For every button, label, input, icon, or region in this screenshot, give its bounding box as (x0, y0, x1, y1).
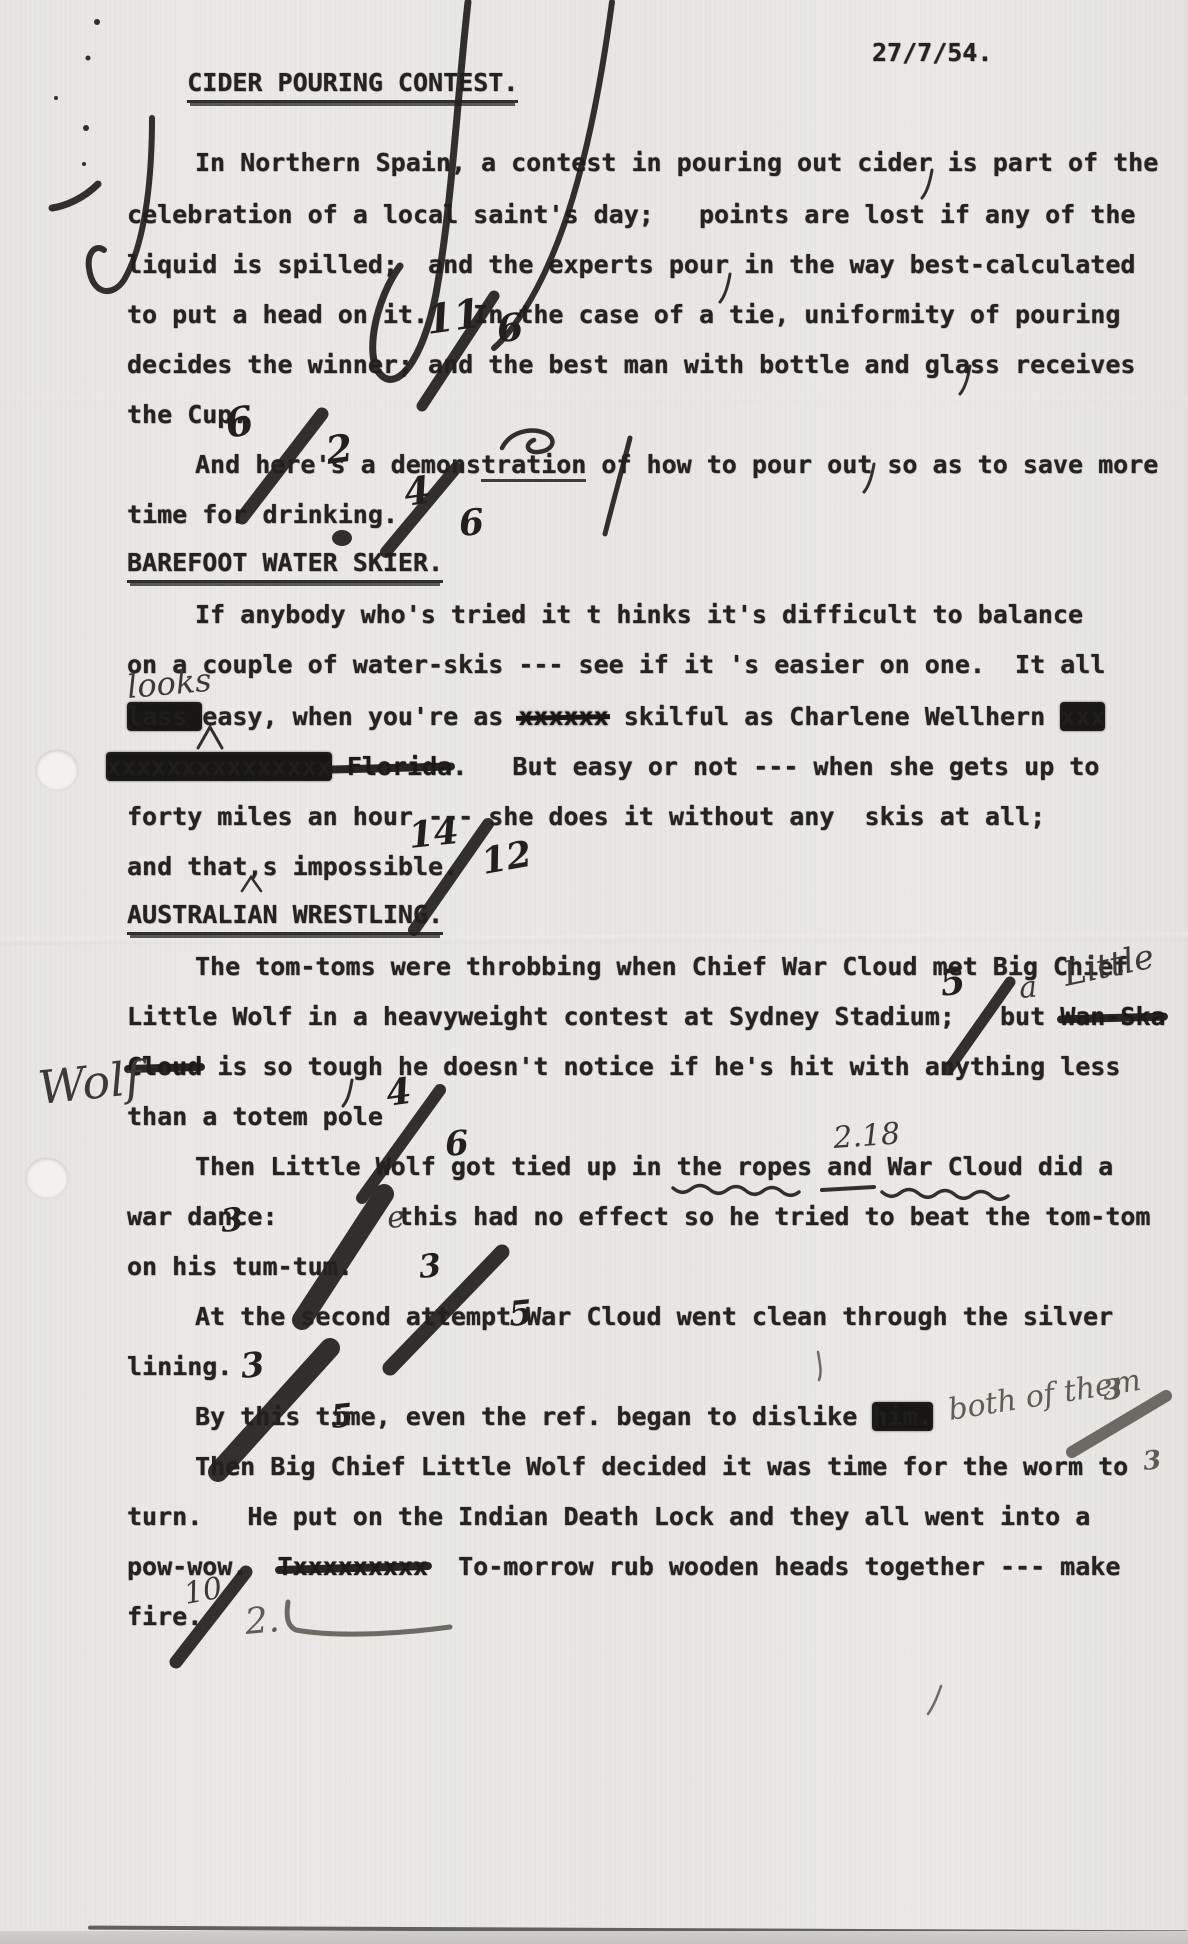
pencil-slash-dislike (1072, 1396, 1166, 1452)
ink-dot (54, 96, 58, 100)
para4-line4: than a totem pole (127, 1102, 383, 1132)
ink-wavy-underline-the-ropes (673, 1186, 799, 1196)
typed-segment-st: Txxxxxxxxx (278, 1552, 429, 1581)
para8-line4: fire. (127, 1602, 202, 1632)
handwritten-annotation: 2. (242, 1599, 281, 1643)
typed-segment: easy, when you're as (202, 702, 518, 731)
para2-line1: And here's a demonstration of how to pou… (195, 450, 1158, 480)
para8-line3: pow-wow. Txxxxxxxxx To-morrow rub wooden… (127, 1552, 1120, 1582)
page-bottom-shade (0, 1931, 1188, 1944)
pencil-tail-after-fire (287, 1602, 450, 1634)
para4-line1: The tom-toms were throbbing when Chief W… (195, 952, 1128, 982)
ink-dot (82, 162, 86, 166)
typed-segment: Then Big Chief Little Wolf decided it wa… (195, 1452, 1128, 1481)
para1-line6: the Cup. (127, 400, 247, 430)
para1-line5: decides the winner; and the best man wit… (127, 350, 1135, 380)
handwritten-annotation: 3 (1101, 1372, 1124, 1407)
punch-hole (36, 750, 78, 790)
typed-segment: on his tum-tum. (127, 1252, 353, 1281)
ink-scribble-above-tration (502, 431, 552, 453)
typed-segment: forty miles an hour --- she does it with… (127, 802, 1045, 831)
typed-segment-xo: xxxxxx (518, 702, 608, 731)
para1-line2: celebration of a local saint's day; poin… (127, 200, 1135, 230)
para3-line3: lass easy, when you're as xxxxxx skilful… (127, 702, 1105, 732)
typed-segment-head: AUSTRALIAN WRESTLING. (127, 900, 443, 935)
para1-line1: In Northern Spain, a contest in pouring … (195, 148, 1158, 178)
para3-line1: If anybody who's tried it t hinks it's d… (195, 600, 1083, 630)
typed-segment: and that,s impossible. (127, 852, 458, 881)
typed-segment: To-morrow rub wooden heads together --- … (428, 1552, 1120, 1581)
para6-line2: lining. (127, 1352, 232, 1382)
page-title-text: CIDER POURING CONTEST. (187, 68, 518, 103)
para2-line2: time for drinking. (127, 500, 398, 530)
heading-wrestling: AUSTRALIAN WRESTLING. (127, 900, 443, 930)
typed-segment: The tom-toms were throbbing when Chief W… (195, 952, 1128, 981)
ink-wavy-underline-war-cloud (882, 1190, 1008, 1200)
para6-line1: At the second attempt War Cloud went cle… (195, 1302, 1113, 1332)
para3-line2: on a couple of water-skis --- see if it … (127, 650, 1105, 680)
typed-segment-blk: lass (127, 702, 202, 731)
para3-line6: and that,s impossible. (127, 852, 458, 882)
typed-segment: By this time, even the ref. began to dis… (195, 1402, 872, 1431)
typed-segment-st: Cloud (127, 1052, 202, 1081)
pencil-stray-mark-2 (928, 1686, 941, 1714)
para3-line5: forty miles an hour --- she does it with… (127, 802, 1045, 832)
ink-underline-and (822, 1187, 874, 1190)
typed-segment: to put a head on it. In the case of a ti… (127, 300, 1120, 329)
typed-segment: liquid is spilled; and the experts pour … (127, 250, 1135, 279)
handwritten-annotation: 6 (457, 501, 486, 545)
para5-line3: on his tum-tum. (127, 1252, 353, 1282)
typed-segment: than a totem pole (127, 1102, 383, 1131)
typed-segment-head: BAREFOOT WATER SKIER. (127, 548, 443, 583)
typed-segment: fire. (127, 1602, 202, 1631)
typed-segment-blk: xxxxxxxxxxxxxxx (106, 752, 332, 781)
typed-segment-u: tration (481, 450, 586, 482)
handwritten-annotation: 3 (1142, 1445, 1163, 1477)
para5-line2: war dance: this had no effect so he trie… (127, 1202, 1151, 1232)
document-page: CIDER POURING CONTEST. 27/7/54. In North… (0, 0, 1188, 1944)
page-title: CIDER POURING CONTEST. (127, 38, 518, 128)
typed-segment-st: Wan-Ska (1060, 1002, 1165, 1031)
ink-dot (83, 125, 89, 131)
typed-segment: of how to pour out so as to save more (586, 450, 1158, 479)
typed-segment: lining. (127, 1352, 232, 1381)
handwritten-annotation: 2.18 (831, 1116, 901, 1156)
para3-line4: xxxxxxxxxxxxxxx Florida. But easy or not… (106, 752, 1099, 782)
handwritten-annotation: 12 (478, 833, 535, 883)
typed-segment: celebration of a local saint's day; poin… (127, 200, 1135, 229)
pencil-stray-mark-1 (818, 1352, 821, 1380)
typed-segment: If anybody who's tried it t hinks it's d… (195, 600, 1083, 629)
para8-line1: Then Big Chief Little Wolf decided it wa… (195, 1452, 1128, 1482)
ink-blob (332, 530, 352, 546)
handwritten-annotation: both of them (946, 1363, 1144, 1428)
typed-segment: skilful as Charlene Wellhern (609, 702, 1061, 731)
para5-line1: Then Little Wolf got tied up in the rope… (195, 1152, 1113, 1182)
handwritten-annotation: 3 (239, 1345, 267, 1387)
para1-line3: liquid is spilled; and the experts pour … (127, 250, 1135, 280)
heading-barefoot: BAREFOOT WATER SKIER. (127, 548, 443, 578)
typed-segment: time for drinking. (127, 500, 398, 529)
typed-segment: turn. He put on the Indian Death Lock an… (127, 1502, 1090, 1531)
handwritten-annotation: 3 (417, 1246, 443, 1286)
ink-stroke-margin-swoosh (52, 184, 98, 208)
typed-segment: In Northern Spain, a contest in pouring … (195, 148, 1158, 177)
ink-dot (94, 19, 100, 25)
para8-line2: turn. He put on the Indian Death Lock an… (127, 1502, 1090, 1532)
typed-segment: pow-wow. (127, 1552, 278, 1581)
typed-segment: the Cup. (127, 400, 247, 429)
ink-dot (86, 56, 91, 61)
typed-segment: . But easy or not --- when she gets up t… (452, 752, 1099, 781)
punch-hole (26, 1158, 68, 1198)
typed-segment: At the second attempt War Cloud went cle… (195, 1302, 1113, 1331)
para7-line1: By this time, even the ref. began to dis… (195, 1402, 933, 1432)
typed-segment: Then Little Wolf got tied up in the rope… (195, 1152, 1113, 1181)
typed-segment: is so tough he doesn't notice if he's hi… (202, 1052, 1120, 1081)
typed-segment: And here's a demons (195, 450, 481, 479)
typed-segment: decides the winner; and the best man wit… (127, 350, 1135, 379)
typed-segment: on a couple of water-skis --- see if it … (127, 650, 1105, 679)
typed-segment: Little Wolf in a heavyweight contest at … (127, 1002, 1060, 1031)
typed-segment-blk: him. (872, 1402, 932, 1431)
typed-segment-st: Florida (332, 752, 452, 781)
typed-segment-blk: xxx (1060, 702, 1105, 731)
typed-segment: war dance: this had no effect so he trie… (127, 1202, 1151, 1231)
para1-line4: to put a head on it. In the case of a ti… (127, 300, 1120, 330)
para4-line3: Cloud is so tough he doesn't notice if h… (127, 1052, 1120, 1082)
para4-line2: Little Wolf in a heavyweight contest at … (127, 1002, 1166, 1032)
date-stamp: 27/7/54. (872, 38, 992, 68)
